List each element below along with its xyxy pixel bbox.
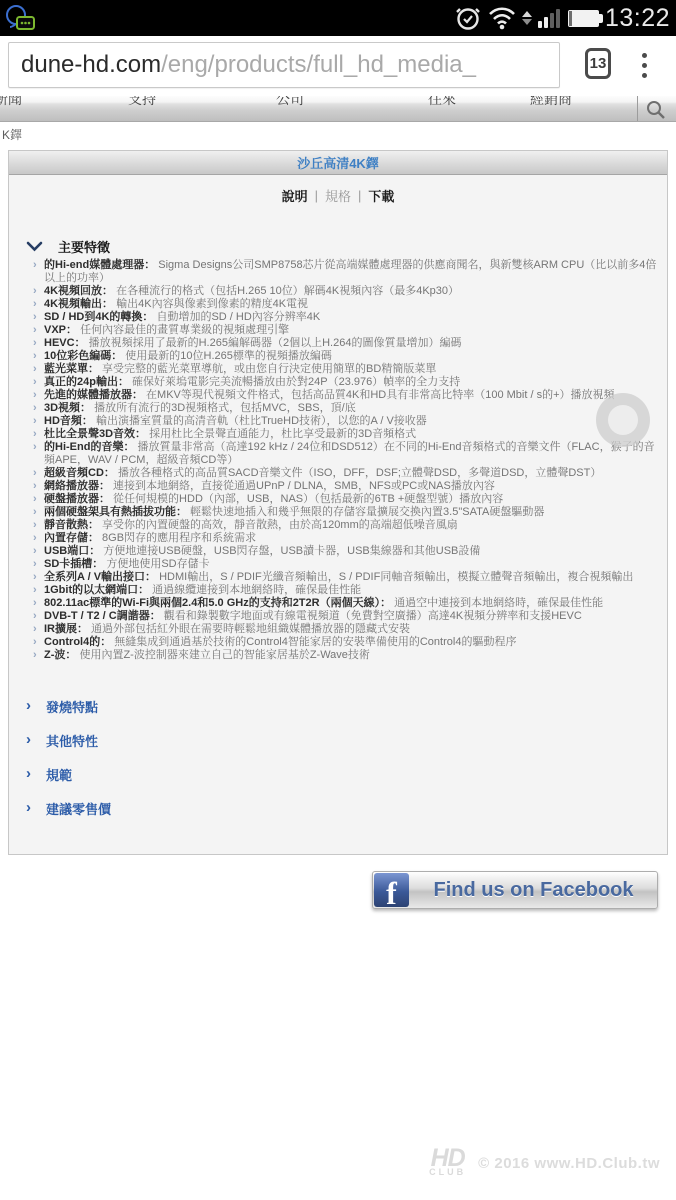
feature-label: 的Hi-end媒體處理器： — [44, 259, 155, 271]
feature-item: ›網絡播放器： 連接到本地網絡，直接從通過UPnP / DLNA，SMB，NFS… — [44, 480, 657, 493]
feature-text: 採用杜比全景聲直通能力，杜比享受最新的3D音頻格式 — [146, 428, 416, 440]
nav-item-4[interactable]: 經銷商 — [530, 96, 572, 109]
feature-label: 杜比全景聲3D音效： — [44, 428, 146, 440]
feature-text: 輕鬆快速地插入和幾乎無限的存儲容量擴展交換內置3.5"SATA硬盤驅動器 — [187, 506, 544, 518]
feature-text: 通過線纜連接到本地網絡時，確保最佳性能 — [149, 584, 361, 596]
bullet-arrow-icon: › — [33, 324, 37, 337]
feature-item: ›Control4的： 無縫集成到通過基於技術的Control4智能家居的安裝準… — [44, 636, 657, 649]
feature-item: ›SD卡插槽： 方便地使用SD存儲卡 — [44, 558, 657, 571]
feature-item: ›1Gbit的以太網端口： 通過線纜連接到本地網絡時，確保最佳性能 — [44, 584, 657, 597]
chevron-right-icon: › — [26, 734, 31, 746]
nav-item-0[interactable]: 新聞 — [0, 96, 22, 109]
browser-menu-button[interactable] — [633, 43, 655, 87]
feature-text: HDMI輸出，S / PDIF光纖音頻輸出，S / PDIF同軸音頻輸出，模擬立… — [156, 571, 633, 583]
hd-club-logo: HD CLUB — [429, 1150, 466, 1177]
feature-text: 輸出演播室質量的高清音軌（杜比TrueHD技術），以您的A / V接收器 — [93, 415, 427, 427]
feature-label: 10位彩色編碼： — [44, 350, 122, 362]
feature-text: 從任何規模的HDD（內部，USB，NAS）（包括最新的6TB +硬盤型號）播放內… — [110, 493, 503, 505]
feature-label: 4K視頻回放： — [44, 285, 113, 297]
feature-label: 3D視頻： — [44, 402, 91, 414]
bullet-arrow-icon: › — [33, 298, 37, 311]
section-main-features-header[interactable]: 主要特徵 — [26, 238, 667, 254]
product-tabs: 說明 | 規格 | 下載 — [9, 175, 667, 204]
bullet-arrow-icon: › — [33, 389, 37, 402]
bullet-arrow-icon: › — [33, 441, 37, 454]
feature-label: USB端口： — [44, 545, 100, 557]
bullet-arrow-icon: › — [33, 545, 37, 558]
feature-text: 使用最新的10位H.265標準的視頻播放編碼 — [122, 350, 332, 362]
feature-text: 方便地使用SD存儲卡 — [103, 558, 209, 570]
feature-item: ›HEVC： 播放視頻採用了最新的H.265編解碼器（2個以上H.264的圖像質… — [44, 337, 657, 350]
feature-text: 任何內容最佳的畫質專業級的視頻處理引擎 — [77, 324, 289, 336]
feature-item: ›兩個硬盤架具有熱插拔功能： 輕鬆快速地插入和幾乎無限的存儲容量擴展交換內置3.… — [44, 506, 657, 519]
feature-text: 在MKV等現代視頻文件格式，包括高品質4K和HD具有非常高比特率（100 Mbi… — [143, 389, 615, 401]
collapsed-sections: ›發燒特點›其他特性›規範›建議零售價 — [9, 698, 667, 816]
find-us-on-facebook-banner[interactable]: f Find us on Facebook — [372, 871, 658, 909]
chat-notification-icon — [4, 3, 38, 33]
feature-label: 1Gbit的以太網端口： — [44, 584, 149, 596]
bullet-arrow-icon: › — [33, 623, 37, 636]
chevron-right-icon: › — [26, 802, 31, 814]
feature-text: 8GB閃存的應用程序和系統需求 — [99, 532, 256, 544]
feature-text: 通過空中連接到本地網絡時，確保最佳性能 — [391, 597, 603, 609]
tab-counter-button[interactable]: 13 — [585, 48, 611, 79]
feature-label: SD卡插槽： — [44, 558, 103, 570]
tab-separator: | — [315, 188, 318, 203]
feature-item: ›真正的24p輸出： 確保好萊塢電影完美流暢播放由於對24P（23.976）幀率… — [44, 376, 657, 389]
battery-icon — [568, 10, 599, 27]
feature-label: 硬盤播放器： — [44, 493, 110, 505]
bullet-arrow-icon: › — [33, 519, 37, 532]
product-panel: 沙丘高清4K鐸 說明 | 規格 | 下載 主要特徵 ›的Hi-end媒體處理器：… — [8, 150, 668, 855]
feature-text: 享受你的內置硬盤的高效，靜音散熱，由於高120mm的高端超低噪音風扇 — [99, 519, 458, 531]
feature-text: 觀看和錄製數字地面或有線電視頻道（免費對空廣播）高達4K視頻分辨率和支援HEVC — [161, 610, 582, 622]
feature-text: 播放視頻採用了最新的H.265編解碼器（2個以上H.264的圖像質量增加）編碼 — [86, 337, 462, 349]
tab-description[interactable]: 說明 — [282, 186, 308, 205]
feature-item: ›全系列A / V輸出接口： HDMI輸出，S / PDIF光纖音頻輸出，S /… — [44, 571, 657, 584]
features-list: ›的Hi-end媒體處理器： Sigma Designs公司SMP8758芯片從… — [9, 259, 667, 662]
bullet-arrow-icon: › — [33, 558, 37, 571]
site-navbar: 新聞支持公司往來經銷商 — [0, 96, 676, 122]
bullet-arrow-icon: › — [33, 506, 37, 519]
feature-label: 藍光菜單： — [44, 363, 99, 375]
feature-item: ›10位彩色編碼： 使用最新的10位H.265標準的視頻播放編碼 — [44, 350, 657, 363]
feature-item: ›VXP： 任何內容最佳的畫質專業級的視頻處理引擎 — [44, 324, 657, 337]
section-title: 主要特徵 — [58, 237, 110, 256]
bullet-arrow-icon: › — [33, 597, 37, 610]
feature-label: IR擴展： — [44, 623, 88, 635]
bullet-arrow-icon: › — [33, 259, 37, 272]
feature-label: 全系列A / V輸出接口： — [44, 571, 156, 583]
feature-text: 無縫集成到通過基於技術的Control4智能家居的安裝準備使用的Control4… — [111, 636, 516, 648]
feature-text: 連接到本地網絡，直接從通過UPnP / DLNA，SMB，NFS或PC或NAS播… — [110, 480, 495, 492]
bullet-arrow-icon: › — [33, 480, 37, 493]
bullet-arrow-icon: › — [33, 285, 37, 298]
feature-item: ›SD / HD到4K的轉換： 自動增加的SD / HD內容分辨率4K — [44, 311, 657, 324]
feature-label: DVB-T / T2 / C調諧器： — [44, 610, 161, 622]
bullet-arrow-icon: › — [33, 428, 37, 441]
collapsed-section-1[interactable]: ›其他特性 — [26, 732, 667, 748]
feature-label: 真正的24p輸出： — [44, 376, 129, 388]
tab-separator: | — [358, 188, 361, 203]
feature-item: ›杜比全景聲3D音效： 採用杜比全景聲直通能力，杜比享受最新的3D音頻格式 — [44, 428, 657, 441]
bullet-arrow-icon: › — [33, 363, 37, 376]
feature-item: ›IR擴展： 通過外部包括紅外眼在需要時輕鬆地組織媒體播放器的隱藏式安裝 — [44, 623, 657, 636]
feature-item: ›USB端口： 方便地連接USB硬盤，USB閃存盤，USB讀卡器，USB集線器和… — [44, 545, 657, 558]
status-bar: 13:22 — [0, 0, 676, 36]
feature-label: 網絡播放器： — [44, 480, 110, 492]
feature-label: 4K視頻輸出： — [44, 298, 113, 310]
page-title: 沙丘高清4K鐸 — [297, 153, 379, 172]
feature-label: Control4的： — [44, 636, 111, 648]
bullet-arrow-icon: › — [33, 467, 37, 480]
facebook-banner-label: Find us on Facebook — [410, 879, 657, 902]
collapsed-section-title: 發燒特點 — [46, 697, 98, 716]
bullet-arrow-icon: › — [33, 610, 37, 623]
bullet-arrow-icon: › — [33, 376, 37, 389]
tab-specs[interactable]: 規格 — [325, 186, 351, 205]
alarm-icon — [454, 4, 482, 32]
feature-label: 靜音散熱： — [44, 519, 99, 531]
feature-item: ›802.11ac標準的Wi-Fi與兩個2.4和5.0 GHz的支持和2T2R（… — [44, 597, 657, 610]
feature-text: 確保好萊塢電影完美流暢播放由於對24P（23.976）幀率的全力支持 — [129, 376, 460, 388]
feature-text: 通過外部包括紅外眼在需要時輕鬆地組織媒體播放器的隱藏式安裝 — [88, 623, 410, 635]
bullet-arrow-icon: › — [33, 493, 37, 506]
collapsed-section-title: 建議零售價 — [46, 799, 111, 818]
copyright-text: © 2016 www.HD.Club.tw — [478, 1155, 660, 1172]
feature-label: HEVC： — [44, 337, 86, 349]
feature-text: 使用內置Z-波控制器來建立自己的智能家居基於Z-Wave技術 — [76, 649, 370, 661]
feature-label: SD / HD到4K的轉換： — [44, 311, 153, 323]
feature-text: 播放各種格式的高品質SACD音樂文件（ISO，DFF，DSF;立體聲DSD，多聲… — [115, 467, 601, 479]
signal-strength-icon — [538, 8, 560, 28]
feature-item: ›超級音頻CD： 播放各種格式的高品質SACD音樂文件（ISO，DFF，DSF;… — [44, 467, 657, 480]
breadcrumb: K鐸 — [2, 126, 22, 143]
collapsed-section-2[interactable]: ›規範 — [26, 766, 667, 782]
product-title-bar: 沙丘高清4K鐸 — [9, 151, 667, 175]
feature-text: 享受完整的藍光菜單導航，或由您自行決定使用簡單的BD精簡版菜單 — [99, 363, 436, 375]
collapsed-section-0[interactable]: ›發燒特點 — [26, 698, 667, 714]
feature-label: 兩個硬盤架具有熱插拔功能： — [44, 506, 187, 518]
feature-item: ›藍光菜單： 享受完整的藍光菜單導航，或由您自行決定使用簡單的BD精簡版菜單 — [44, 363, 657, 376]
navbar-divider — [637, 96, 638, 121]
bullet-arrow-icon: › — [33, 415, 37, 428]
feature-item: ›內置存儲： 8GB閃存的應用程序和系統需求 — [44, 532, 657, 545]
bullet-arrow-icon: › — [33, 350, 37, 363]
feature-item: ›4K視頻回放： 在各種流行的格式（包括H.265 10位）解碼4K視頻內容（最… — [44, 285, 657, 298]
footer-watermark: HD CLUB © 2016 www.HD.Club.tw — [429, 1150, 660, 1177]
bullet-arrow-icon: › — [33, 311, 37, 324]
feature-text: 播放質量非常高（高達192 kHz / 24位和DSD512）在不同的Hi-En… — [44, 441, 655, 466]
browser-chrome: dune-hd.com/eng/products/full_hd_media_ … — [0, 36, 676, 96]
feature-item: ›4K視頻輸出： 輸出4K內容與像素到像素的精度4K電視 — [44, 298, 657, 311]
feature-label: VXP： — [44, 324, 77, 336]
url-domain: dune-hd.com — [21, 51, 161, 78]
feature-text: 方便地連接USB硬盤，USB閃存盤，USB讀卡器，USB集線器和其他USB設備 — [100, 545, 480, 557]
chevron-down-icon — [26, 241, 43, 252]
feature-text: 播放所有流行的3D視頻格式，包括MVC，SBS，頂/底 — [91, 402, 356, 414]
address-bar[interactable]: dune-hd.com/eng/products/full_hd_media_ — [8, 42, 560, 88]
collapsed-section-title: 規範 — [46, 765, 72, 784]
chevron-right-icon: › — [26, 700, 31, 712]
bullet-arrow-icon: › — [33, 571, 37, 584]
feature-text: 自動增加的SD / HD內容分辨率4K — [153, 311, 320, 323]
feature-item: ›硬盤播放器： 從任何規模的HDD（內部，USB，NAS）（包括最新的6TB +… — [44, 493, 657, 506]
bullet-arrow-icon: › — [33, 649, 37, 662]
feature-label: 的Hi-End的音樂： — [44, 441, 134, 453]
facebook-icon: f — [374, 873, 409, 907]
feature-label: 內置存儲： — [44, 532, 99, 544]
data-arrows-icon — [522, 11, 532, 25]
feature-item: ›的Hi-end媒體處理器： Sigma Designs公司SMP8758芯片從… — [44, 259, 657, 285]
loading-spinner-watermark — [596, 393, 650, 447]
clock-time: 13:22 — [605, 4, 672, 33]
feature-label: 802.11ac標準的Wi-Fi與兩個2.4和5.0 GHz的支持和2T2R（兩… — [44, 597, 391, 609]
chevron-right-icon: › — [26, 768, 31, 780]
tab-downloads[interactable]: 下載 — [368, 186, 394, 205]
nav-item-2[interactable]: 公司 — [276, 96, 304, 109]
bullet-arrow-icon: › — [33, 532, 37, 545]
feature-item: ›Z-波： 使用內置Z-波控制器來建立自己的智能家居基於Z-Wave技術 — [44, 649, 657, 662]
nav-item-3[interactable]: 往來 — [428, 96, 456, 109]
feature-item: ›DVB-T / T2 / C調諧器： 觀看和錄製數字地面或有線電視頻道（免費對… — [44, 610, 657, 623]
url-text: dune-hd.com/eng/products/full_hd_media_ — [21, 51, 476, 79]
feature-text: 在各種流行的格式（包括H.265 10位）解碼4K視頻內容（最多4Kp30） — [113, 285, 459, 297]
feature-text: 輸出4K內容與像素到像素的精度4K電視 — [113, 298, 308, 310]
bullet-arrow-icon: › — [33, 636, 37, 649]
feature-label: 超級音頻CD： — [44, 467, 115, 479]
feature-label: Z-波： — [44, 649, 76, 661]
nav-item-1[interactable]: 支持 — [128, 96, 156, 109]
wifi-icon — [488, 6, 516, 30]
bullet-arrow-icon: › — [33, 402, 37, 415]
feature-item: ›靜音散熱： 享受你的內置硬盤的高效，靜音散熱，由於高120mm的高端超低噪音風… — [44, 519, 657, 532]
feature-label: 先進的媒體播放器： — [44, 389, 143, 401]
feature-item: ›HD音頻： 輸出演播室質量的高清音軌（杜比TrueHD技術），以您的A / V… — [44, 415, 657, 428]
collapsed-section-title: 其他特性 — [46, 731, 98, 750]
url-path: /eng/products/full_hd_media_ — [161, 51, 476, 78]
feature-item: ›3D視頻： 播放所有流行的3D視頻格式，包括MVC，SBS，頂/底 — [44, 402, 657, 415]
collapsed-section-3[interactable]: ›建議零售價 — [26, 800, 667, 816]
bullet-arrow-icon: › — [33, 584, 37, 597]
bullet-arrow-icon: › — [33, 337, 37, 350]
feature-label: HD音頻： — [44, 415, 93, 427]
feature-item: ›先進的媒體播放器： 在MKV等現代視頻文件格式，包括高品質4K和HD具有非常高… — [44, 389, 657, 402]
feature-item: ›的Hi-End的音樂： 播放質量非常高（高達192 kHz / 24位和DSD… — [44, 441, 657, 467]
search-icon[interactable] — [644, 98, 668, 122]
